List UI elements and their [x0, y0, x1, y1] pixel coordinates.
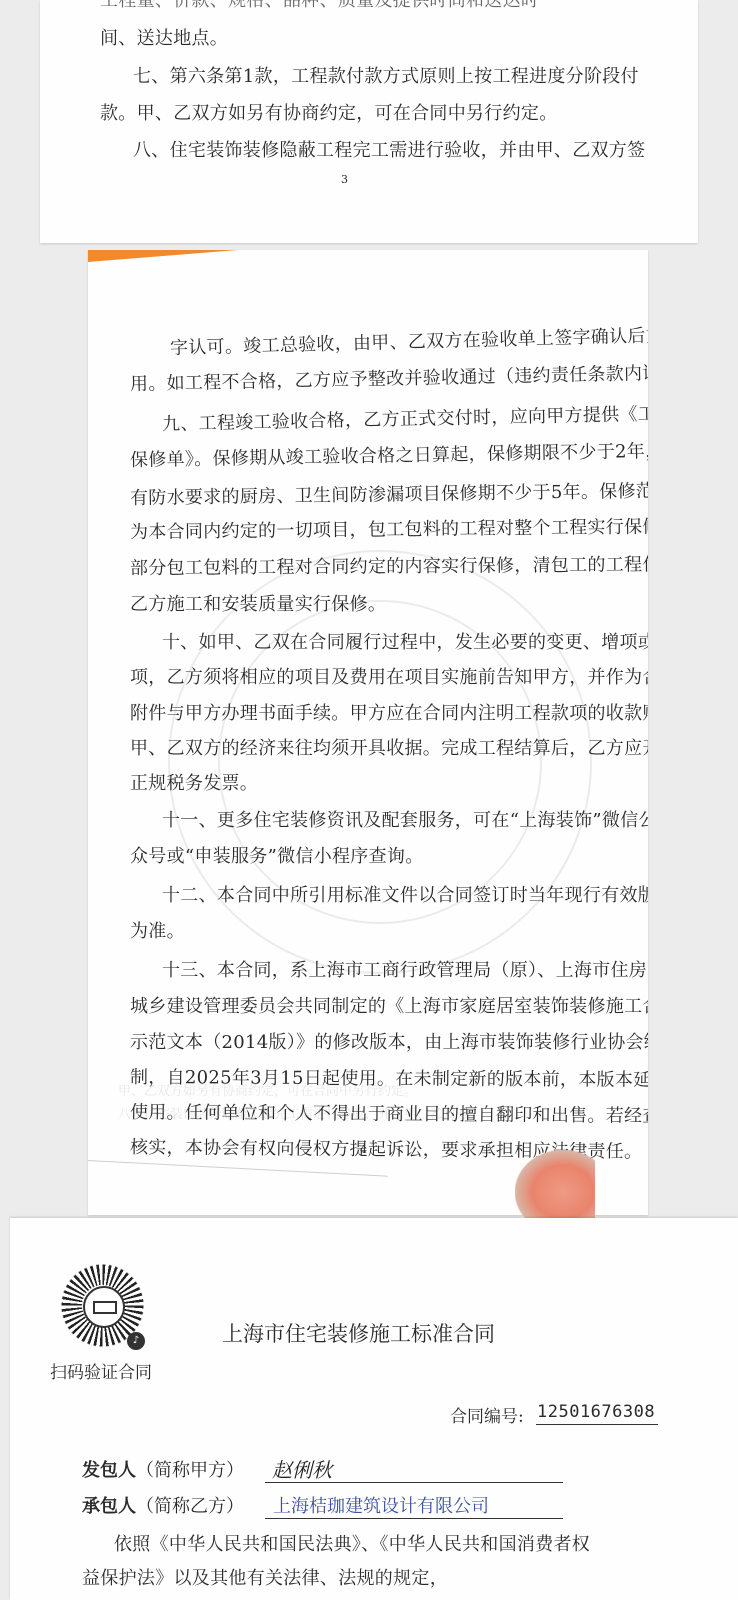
contract-number-underline — [536, 1424, 658, 1425]
text-line: 用。如工程不合格，乙方应予整改并验收通过（违约责任条款内详述）。 — [130, 358, 648, 396]
text-line: 间、送达地点。 — [100, 24, 228, 50]
text-line: 八、住宅装饰装修隐蔽工程完工需进行验收，并由甲、乙双方签 — [133, 136, 645, 162]
mini-program-badge-icon: ♪ — [127, 1332, 145, 1350]
orange-paper-corner — [88, 250, 238, 262]
party-b-underline — [265, 1518, 563, 1519]
text-line: 乙方施工和安装质量实行保修。 — [130, 590, 386, 616]
party-b-value: 上海桔珈建筑设计有限公司 — [273, 1492, 489, 1518]
text-line: 十一、更多住宅装修资讯及配套服务，可在“上海装饰”微信公 — [162, 806, 648, 832]
contract-number-value: 12501676308 — [537, 1402, 655, 1422]
text-line: 工程量、价款、规格、品种、质量及提供时间和送达时 — [100, 0, 539, 12]
party-a-row: 发包人（简称甲方） — [82, 1456, 244, 1482]
intro-text-line: 益保护法》以及其他有关法律、法规的规定， — [82, 1564, 448, 1590]
text-line: 款。甲、乙双方如另有协商约定，可在合同中另行约定。 — [100, 99, 558, 125]
party-a-note: （简称甲方） — [136, 1460, 244, 1481]
party-b-label: 承包人 — [82, 1496, 136, 1517]
text-line: 九、工程竣工验收合格，乙方正式交付时，应向甲方提供《工程 — [162, 399, 648, 436]
document-page-3: 工程量、价款、规格、品种、质量及提供时间和送达时 间、送达地点。 七、第六条第1… — [40, 0, 698, 243]
text-line: 字认可。竣工总验收，由甲、乙双方在验收单上签字确认后方能交付使 — [170, 319, 648, 360]
text-line: 保修单》。保修期从竣工验收合格之日算起，保修期限不少于2年， — [130, 437, 648, 472]
text-line: 十、如甲、乙双在合同履行过程中，发生必要的变更、增项或减 — [162, 628, 648, 654]
party-b-note: （简称乙方） — [136, 1496, 244, 1517]
text-line: 城乡建设管理委员会共同制定的《上海市家庭居室装饰装修施工合同 — [130, 992, 648, 1018]
text-line: 附件与甲方办理书面手续。甲方应在合同内注明工程款项的收款账号。 — [130, 699, 648, 725]
contract-title: 上海市住宅装修施工标准合同 — [222, 1318, 495, 1348]
contract-cover-page: ♪ 扫码验证合同 上海市住宅装修施工标准合同 合同编号: 12501676308… — [10, 1218, 738, 1600]
text-line: 项，乙方须将相应的项目及费用在项目实施前告知甲方，并作为合同 — [130, 663, 648, 689]
party-a-signature: 赵俐秋 — [272, 1454, 332, 1483]
document-page-4: 甲、乙双方如另有协商约定，可在合同中另行约定。 八、住宅装饰装修隐蔽工程完工需进… — [88, 250, 648, 1215]
text-line: 甲、乙双方的经济来往均须开具收据。完成工程结算后，乙方应开具 — [130, 734, 648, 760]
party-b-row: 承包人（简称乙方） — [82, 1492, 244, 1518]
page-number: 3 — [341, 173, 348, 186]
party-a-underline — [265, 1482, 563, 1483]
text-line: 使用。任何单位和个人不得出于商业目的擅自翻印和出售。若经查证 — [130, 1098, 648, 1128]
text-line: 示范文本（2014版）》的修改版本，由上海市装饰装修行业协会编 — [130, 1028, 648, 1054]
text-line: 部分包工包料的工程对合同约定的内容实行保修，清包工的工程仅对 — [130, 550, 648, 580]
page-fold-line — [88, 1160, 388, 1177]
text-line: 众号或“申装服务”微信小程序查询。 — [130, 842, 424, 868]
page-number: 4 — [360, 1143, 367, 1156]
text-line: 正规税务发票。 — [130, 769, 258, 795]
qr-logo-icon — [83, 1286, 125, 1328]
party-a-label: 发包人 — [82, 1460, 136, 1481]
text-line: 七、第六条第1款，工程款付款方式原则上按工程进度分阶段付 — [133, 62, 639, 88]
contract-number-label: 合同编号: — [450, 1402, 524, 1427]
text-line: 十三、本合同，系上海市工商行政管理局（原）、上海市住房和 — [162, 956, 648, 982]
text-line: 十二、本合同中所引用标准文件以合同签订时当年现行有效版本 — [162, 881, 648, 907]
intro-text-line: 依照《中华人民共和国民法典》、《中华人民共和国消费者权 — [114, 1530, 590, 1556]
text-line: 有防水要求的厨房、卫生间防渗漏项目保修期不少于5年。保修范围 — [130, 476, 648, 510]
text-line: 制，自2025年3月15日起使用。在未制定新的版本前，本版本延续 — [130, 1063, 648, 1092]
qr-caption: 扫码验证合同 — [50, 1358, 152, 1383]
text-line: 为准。 — [130, 917, 185, 943]
finger-in-photo — [515, 1150, 595, 1220]
text-line: 为本合同内约定的一切项目，包工包料的工程对整个工程实行保修， — [130, 512, 648, 544]
